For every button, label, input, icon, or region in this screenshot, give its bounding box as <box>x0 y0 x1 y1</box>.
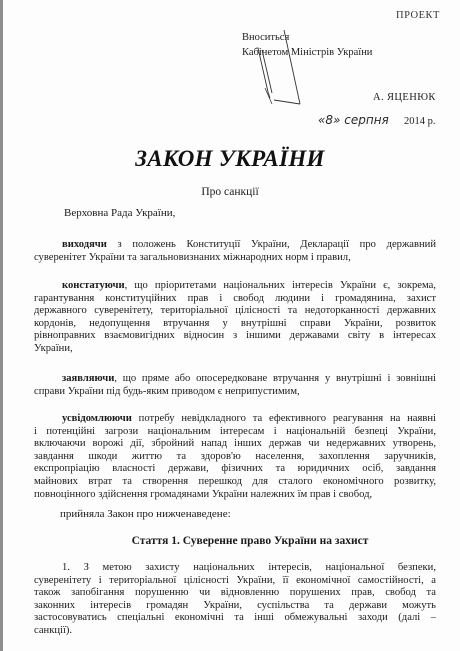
article-1-body: 1. З метою захисту національних інтересі… <box>34 562 436 638</box>
handwritten-date: «8» серпня <box>318 113 389 127</box>
paragraph-line: суверенітету і територіальної цілісності… <box>34 575 436 588</box>
paragraph-line: державного суверенітету, територіальної … <box>34 305 436 318</box>
paragraph-line: законних інтересів громадян України, сус… <box>34 600 436 613</box>
paragraph-line: виходячи з положень Конституції України,… <box>34 239 436 252</box>
date-year: 2014 р. <box>404 116 436 127</box>
preamble-paragraph-3: заявляючи, що пряме або опосередковане в… <box>34 373 436 398</box>
paragraph-line: повноцінного здійснення громадянами Укра… <box>34 489 436 502</box>
paragraph-line: заявляючи, що пряме або опосередковане в… <box>34 373 436 386</box>
preamble-paragraph-1: виходячи з положень Конституції України,… <box>34 239 436 264</box>
paragraph-line: гарантування конституційних прав і свобо… <box>34 293 436 306</box>
paragraph-line: санкції). <box>34 625 436 638</box>
signatory-name: А. ЯЦЕНЮК <box>373 92 436 103</box>
paragraph-line: експропріацію власності держави, фізични… <box>34 463 436 476</box>
paragraph-line: констатуючи, що пріоритетами національни… <box>34 280 436 293</box>
paragraph-line: справи України під будь-яким приводом є … <box>34 386 436 399</box>
paragraph-line: застосовуватись спеціальні економічні та… <box>34 612 436 625</box>
signature-icon <box>0 0 460 130</box>
paragraph-line: суверенітет України та загальновизнаних … <box>34 252 436 265</box>
document-subtitle: Про санкції <box>0 186 460 198</box>
paragraph-line: також запобігання порушенню чи відновлен… <box>34 587 436 600</box>
paragraph-line: завдання шкоди життю та здоров'ю населен… <box>34 451 436 464</box>
preamble-paragraph-4: усвідомлюючи потребу невідкладного та еф… <box>34 413 436 501</box>
document-page: ПРОЕКТ Вноситься Кабінетом Міністрів Укр… <box>0 0 460 651</box>
paragraph-line: України, <box>34 343 436 356</box>
paragraph-line: включаючи ворожі дії, збройний напад інш… <box>34 438 436 451</box>
document-title: ЗАКОН УКРАЇНИ <box>0 146 460 172</box>
paragraph-line: 1. З метою захисту національних інтересі… <box>34 562 436 575</box>
paragraph-line: і потенційні загрози національним інтере… <box>34 426 436 439</box>
paragraph-line: усвідомлюючи потребу невідкладного та еф… <box>34 413 436 426</box>
paragraph-line: кордонів, недопущення втручання у внутрі… <box>34 318 436 331</box>
paragraph-line: майнових втрат та створення перешкод для… <box>34 476 436 489</box>
preamble-paragraph-2: констатуючи, що пріоритетами національни… <box>34 280 436 356</box>
article-1-heading: Стаття 1. Суверенне право України на зах… <box>0 535 460 547</box>
paragraph-line: рівноправних взаємовигідних відносин з і… <box>34 330 436 343</box>
preamble-opening: Верховна Рада України, <box>64 207 175 219</box>
enactment-line: прийняла Закон про нижченаведене: <box>60 508 231 520</box>
